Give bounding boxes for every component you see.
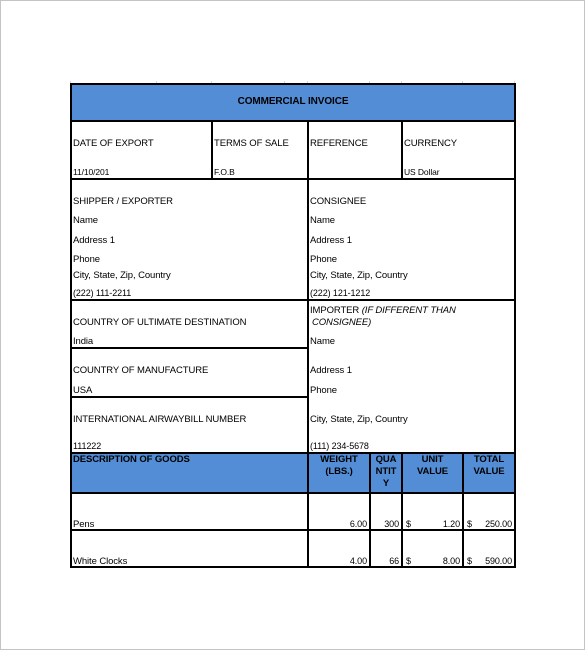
date-of-export-field[interactable]: 11/10/201	[73, 167, 109, 178]
consignee-city[interactable]: City, State, Zip, Country	[310, 270, 408, 281]
row2-total-value[interactable]: 590.00	[476, 556, 512, 567]
date-of-export-label: DATE OF EXPORT	[73, 138, 154, 149]
destination-field[interactable]: India	[73, 336, 93, 347]
reference-label: REFERENCE	[310, 138, 368, 149]
shipper-city[interactable]: City, State, Zip, Country	[73, 270, 171, 281]
border	[70, 83, 516, 85]
row1-total-value[interactable]: 250.00	[476, 519, 512, 530]
consignee-name[interactable]: Name	[310, 215, 335, 226]
col-header-total-value-line1: TOTAL	[464, 454, 514, 465]
manufacture-label: COUNTRY OF MANUFACTURE	[73, 365, 208, 376]
importer-label: IMPORTER	[310, 305, 359, 316]
importer-note-line2: CONSIGNEE)	[312, 317, 371, 328]
manufacture-field[interactable]: USA	[73, 385, 92, 396]
shipper-phone-number[interactable]: (222) 111-2211	[73, 288, 131, 299]
row1-total-currency: $	[467, 519, 472, 530]
border	[70, 299, 516, 301]
col-header-quantity-line2: NTIT	[371, 466, 401, 477]
col-header-weight-line2: (LBS.)	[309, 466, 369, 477]
border	[514, 83, 516, 568]
border	[70, 178, 516, 180]
importer-address[interactable]: Address 1	[310, 365, 352, 376]
row1-quantity[interactable]: 300	[371, 519, 399, 530]
airwaybill-field[interactable]: 111222	[73, 441, 101, 452]
row1-unit-currency: $	[406, 519, 411, 530]
col-header-weight-line1: WEIGHT	[309, 454, 369, 465]
terms-of-sale-field[interactable]: F.O.B	[214, 167, 235, 178]
row2-weight[interactable]: 4.00	[309, 556, 367, 567]
row2-unit-value[interactable]: 8.00	[415, 556, 460, 567]
consignee-phone-number[interactable]: (222) 121-1212	[310, 288, 370, 299]
currency-label: CURRENCY	[404, 138, 457, 149]
col-header-unit-value-line1: UNIT	[403, 454, 462, 465]
col-header-description: DESCRIPTION OF GOODS	[73, 454, 190, 465]
invoice-sheet: COMMERCIAL INVOICE DATE OF EXPORT 11/10/…	[0, 0, 585, 650]
invoice-title: COMMERCIAL INVOICE	[70, 96, 516, 107]
shipper-label: SHIPPER / EXPORTER	[73, 196, 173, 207]
importer-city[interactable]: City, State, Zip, Country	[310, 414, 408, 425]
airwaybill-label: INTERNATIONAL AIRWAYBILL NUMBER	[73, 414, 246, 425]
importer-phone-number[interactable]: (111) 234-5678	[310, 441, 369, 452]
border	[401, 120, 403, 179]
row1-unit-value[interactable]: 1.20	[415, 519, 460, 530]
border	[70, 492, 516, 494]
shipper-address[interactable]: Address 1	[73, 235, 115, 246]
row2-unit-currency: $	[406, 556, 411, 567]
col-header-quantity-line3: Y	[371, 478, 401, 489]
border	[70, 83, 72, 568]
row1-weight[interactable]: 6.00	[309, 519, 367, 530]
consignee-phone-label[interactable]: Phone	[310, 254, 337, 265]
consignee-address[interactable]: Address 1	[310, 235, 352, 246]
row2-total-currency: $	[467, 556, 472, 567]
border	[70, 396, 308, 398]
consignee-label: CONSIGNEE	[310, 196, 366, 207]
importer-label-line: IMPORTER (IF DIFFERENT THAN	[310, 305, 456, 316]
border	[70, 347, 308, 349]
terms-of-sale-label: TERMS OF SALE	[214, 138, 289, 149]
row2-description[interactable]: White Clocks	[73, 556, 127, 567]
col-header-quantity-line1: QUA	[371, 454, 401, 465]
currency-field[interactable]: US Dollar	[404, 167, 439, 178]
border	[211, 120, 213, 179]
col-header-unit-value-line2: VALUE	[403, 466, 462, 477]
importer-name[interactable]: Name	[310, 336, 335, 347]
shipper-name[interactable]: Name	[73, 215, 98, 226]
importer-phone-label[interactable]: Phone	[310, 385, 337, 396]
destination-label: COUNTRY OF ULTIMATE DESTINATION	[73, 317, 246, 328]
col-header-total-value-line2: VALUE	[464, 466, 514, 477]
importer-note: (IF DIFFERENT THAN	[362, 305, 456, 316]
row2-quantity[interactable]: 66	[371, 556, 399, 567]
shipper-phone-label[interactable]: Phone	[73, 254, 100, 265]
border	[70, 120, 516, 122]
row1-description[interactable]: Pens	[73, 519, 94, 530]
border	[307, 120, 309, 568]
